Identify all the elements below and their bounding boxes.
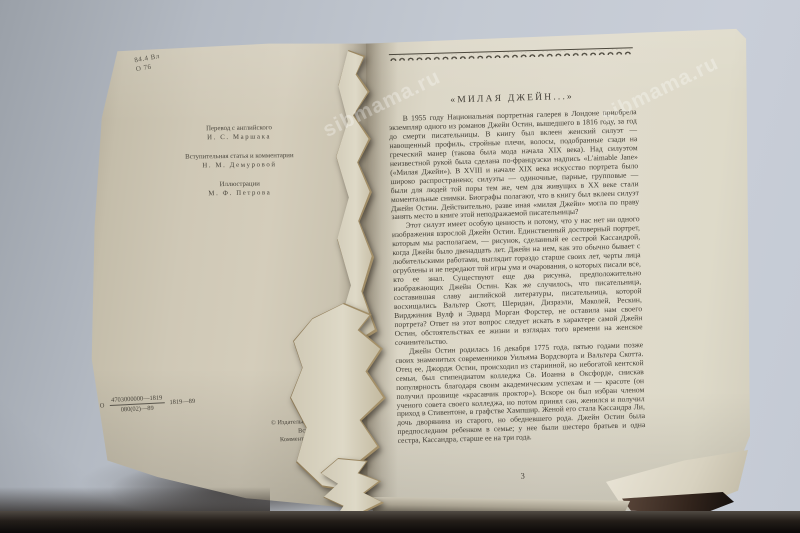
catalog-denominator: 080(02)—89 [109,403,164,414]
header-ornament-band [389,47,633,63]
paragraph: Этот силуэт имеет особую ценность и пото… [392,216,643,348]
body-text: В 1955 году Национальная портретная гале… [389,108,646,446]
right-page-content: «МИЛАЯ ДЖЕЙН...» В 1955 году Национальна… [356,13,764,514]
book-photograph: 84.4 Вл О 76 Перевод с английского И. С.… [0,0,800,533]
paragraph: Джейн Остин родилась 16 декабря 1775 год… [395,341,646,446]
credits-block: Перевод с английского И. С. Маршака Всту… [139,122,340,209]
credit-name: Н. М. Демуровой [139,159,339,172]
catalog-fraction: 4703000000—1819 080(02)—89 [109,394,165,414]
credit-name: М. Ф. Петрова [140,187,340,200]
chapter-title: «МИЛАЯ ДЖЕЙН...» [390,90,634,107]
credit-translator: Перевод с английского И. С. Маршака [139,122,339,144]
credit-name: И. С. Маршака [139,131,339,144]
catalog-number: О 4703000000—1819 080(02)—89 1819—89 [99,393,195,415]
credit-illustrator: Иллюстрации М. Ф. Петрова [140,178,340,200]
table-edge [0,511,800,533]
torn-page-stub-top [326,50,382,346]
torn-paper [327,51,379,344]
catalog-prefix: О [100,402,105,409]
paragraph: В 1955 году Национальная портретная гале… [389,108,640,222]
library-classification-stamp: 84.4 Вл О 76 [134,52,162,74]
catalog-suffix: 1819—89 [169,398,195,406]
credit-foreword: Вступительная статья и комментарии Н. М.… [139,150,339,172]
right-page: «МИЛАЯ ДЖЕЙН...» В 1955 году Национальна… [356,24,750,514]
